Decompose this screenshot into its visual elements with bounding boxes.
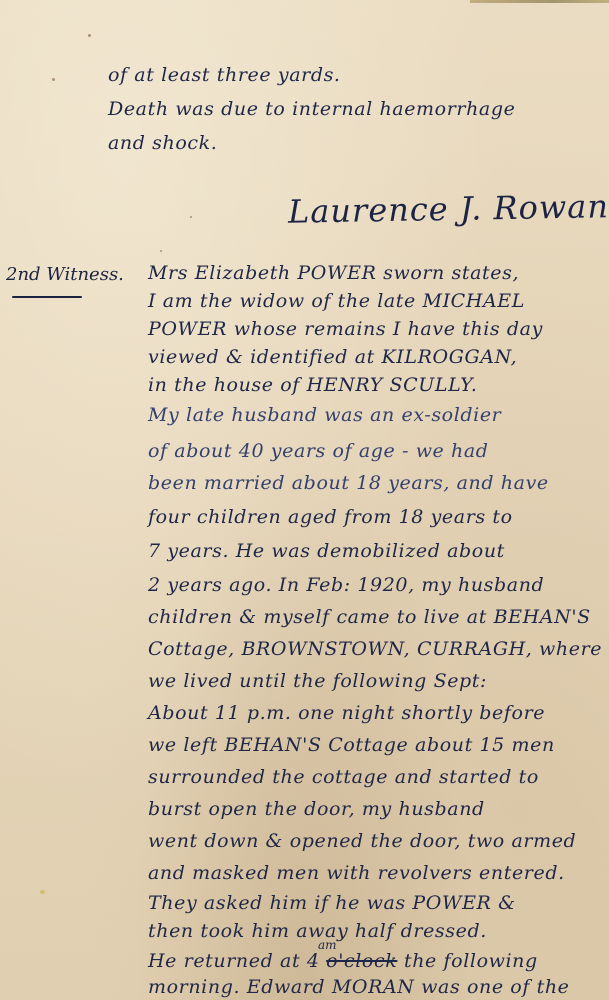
opening-line: and shock. — [108, 132, 217, 154]
statement-line: POWER whose remains I have this day — [148, 318, 543, 340]
statement-line: viewed & identified at KILROGGAN, — [148, 346, 517, 368]
statement-line: They asked him if he was POWER & — [148, 892, 516, 914]
statement-line: 2 years ago. In Feb: 1920, my husband — [148, 574, 544, 596]
witness-label: 2nd Witness. — [6, 264, 124, 285]
page-top-edge — [470, 0, 609, 3]
opening-line: Death was due to internal haemorrhage — [108, 98, 515, 120]
inserted-correction: am — [318, 938, 337, 952]
statement-line: burst open the door, my husband — [148, 798, 485, 820]
struck-text: o'clock — [326, 950, 397, 972]
statement-line: surrounded the cottage and started to — [148, 766, 539, 788]
statement-line: went down & opened the door, two armed — [148, 830, 576, 852]
paper-speck — [88, 34, 91, 37]
paper-speck — [160, 250, 162, 252]
statement-line: Cottage, BROWNSTOWN, CURRAGH, where — [148, 638, 602, 660]
statement-line-corrected: He returned at 4 o'clock the following — [148, 950, 538, 972]
signature: Laurence J. Rowan — [288, 187, 609, 231]
statement-line: and masked men with revolvers entered. — [148, 862, 565, 884]
statement-line: been married about 18 years, and have — [148, 472, 549, 494]
statement-line: of about 40 years of age - we had — [148, 440, 489, 462]
statement-line: My late husband was an ex-soldier — [148, 404, 501, 426]
statement-line: in the house of HENRY SCULLY. — [148, 374, 477, 396]
statement-fragment: He returned at 4 — [148, 950, 326, 972]
statement-line: morning. Edward MORAN was one of the — [148, 976, 570, 998]
paper-speck — [40, 890, 45, 894]
statement-fragment: the following — [397, 950, 537, 972]
statement-line: About 11 p.m. one night shortly before — [148, 702, 545, 724]
statement-line: 7 years. He was demobilized about — [148, 540, 505, 562]
paper-speck — [52, 78, 55, 81]
opening-line: of at least three yards. — [108, 64, 341, 86]
statement-line: we left BEHAN'S Cottage about 15 men — [148, 734, 555, 756]
statement-line: I am the widow of the late MICHAEL — [148, 290, 525, 312]
statement-line: we lived until the following Sept: — [148, 670, 487, 692]
statement-line: children & myself came to live at BEHAN'… — [148, 606, 591, 628]
document-page: of at least three yards. Death was due t… — [0, 0, 609, 1000]
witness-label-underline — [12, 296, 82, 298]
paper-speck — [190, 216, 192, 218]
statement-line: Mrs Elizabeth POWER sworn states, — [148, 262, 519, 284]
statement-line: four children aged from 18 years to — [148, 506, 513, 528]
